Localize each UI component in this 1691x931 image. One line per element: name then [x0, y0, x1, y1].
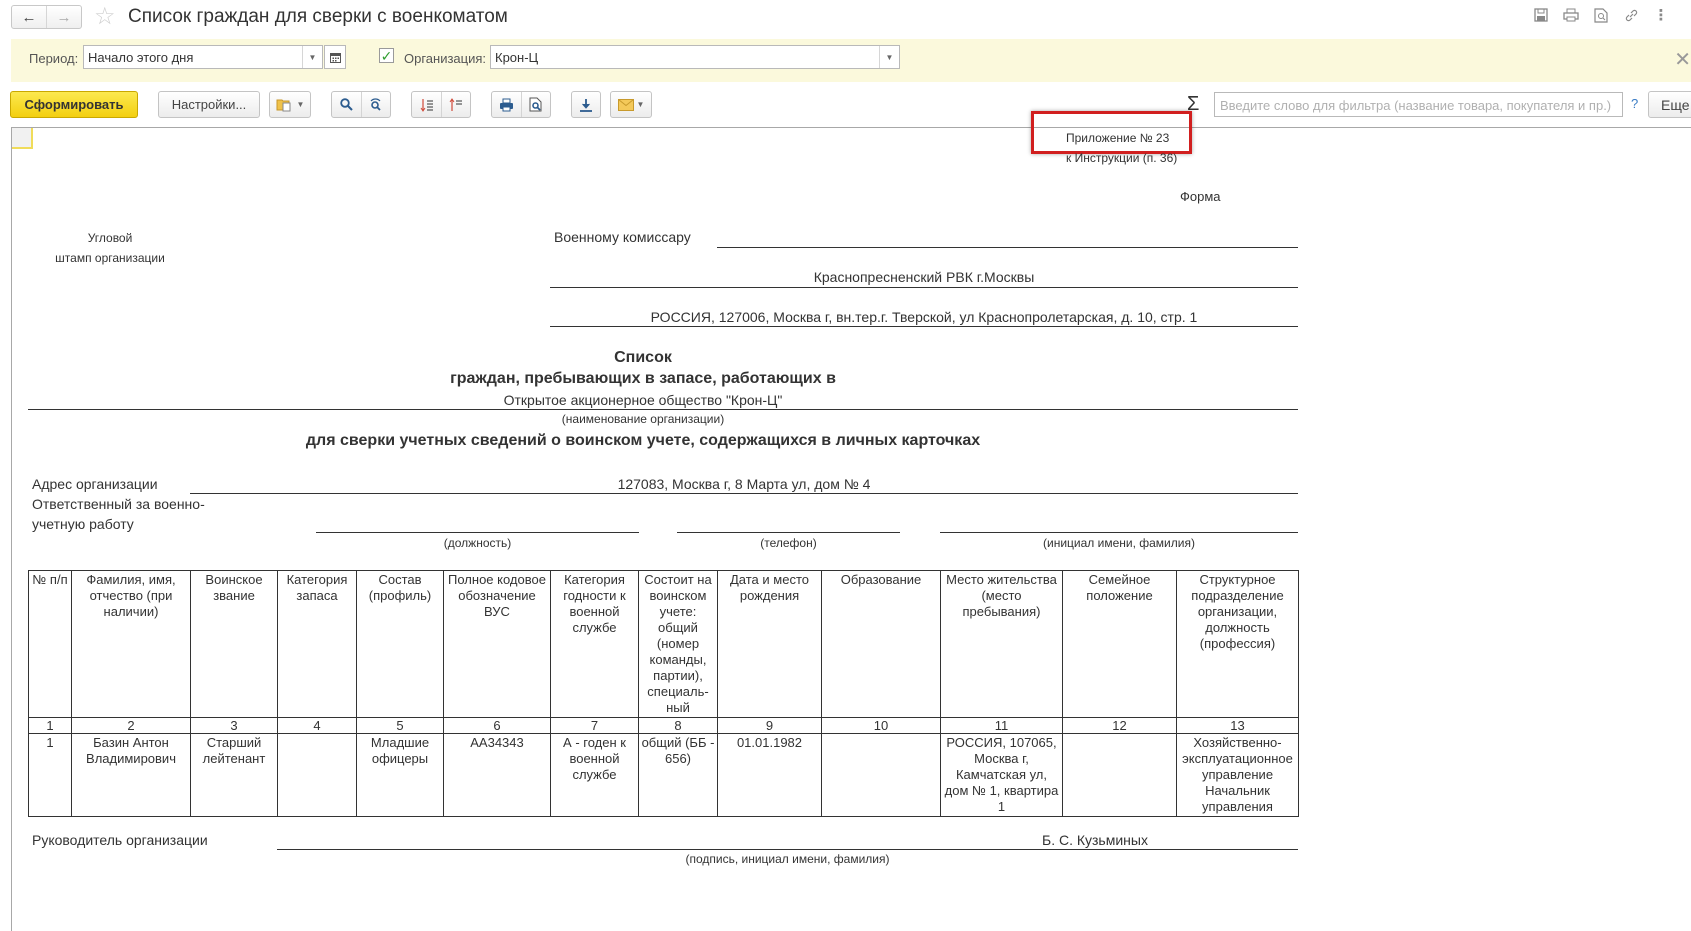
name-caption: (инициал имени, фамилия) — [940, 536, 1298, 550]
column-header: № п/п — [29, 571, 72, 718]
column-header: Дата и место рождения — [718, 571, 822, 718]
generate-button[interactable]: Сформировать — [10, 91, 138, 118]
commissar-label: Военному комиссару — [554, 229, 691, 245]
forward-button[interactable]: → — [46, 6, 81, 28]
settings-button[interactable]: Настройки... — [158, 91, 260, 118]
organization-caption: (наименование организации) — [28, 412, 1258, 426]
address-value: 127083, Москва г, 8 Марта ул, дом № 4 — [190, 476, 1298, 492]
back-button[interactable]: ← — [12, 6, 46, 28]
instruction-label: к Инструкции (п. 36) — [1066, 151, 1177, 165]
column-number: 9 — [718, 718, 822, 734]
star-icon[interactable]: ☆ — [94, 2, 116, 31]
print-button[interactable] — [492, 92, 521, 117]
column-number: 8 — [639, 718, 718, 734]
table-cell: 1 — [29, 734, 72, 817]
report-title-3: для сверки учетных сведений о воинском у… — [28, 432, 1258, 450]
chevron-down-icon: ▼ — [297, 100, 305, 109]
period-value: Начало этого дня — [88, 50, 193, 65]
collapse-all-icon — [449, 98, 463, 112]
table-cell: Базин Антон Владимирович — [72, 734, 191, 817]
calendar-button[interactable] — [324, 45, 346, 69]
chevron-down-icon: ▼ — [637, 100, 645, 109]
filter-search-input[interactable]: Введите слово для фильтра (название това… — [1214, 92, 1623, 117]
name-line — [940, 532, 1298, 533]
column-number: 11 — [941, 718, 1063, 734]
window-title: Список граждан для сверки с военкоматом — [128, 6, 508, 28]
find-next-button[interactable] — [361, 92, 390, 117]
expand-all-icon — [420, 98, 434, 112]
report-title-1: Список — [28, 349, 1258, 367]
printer-icon — [499, 98, 514, 112]
column-number: 12 — [1063, 718, 1177, 734]
head-caption: (подпись, инициал имени, фамилия) — [277, 852, 1298, 866]
collapse-groups-button[interactable] — [441, 92, 470, 117]
phone-caption: (телефон) — [677, 536, 900, 550]
table-cell: РОССИЯ, 107065, Москва г, Камчатская ул,… — [941, 734, 1063, 817]
organization-dropdown-button[interactable]: ▼ — [879, 46, 899, 68]
rvk-address: РОССИЯ, 127006, Москва г, вн.тер.г. Твер… — [550, 309, 1298, 325]
column-number: 3 — [191, 718, 278, 734]
organization-label: Организация: — [404, 51, 486, 66]
responsible-label-1: Ответственный за военно- — [32, 496, 205, 512]
appendix-label: Приложение № 23 — [1066, 131, 1169, 145]
column-header: Категория запаса — [278, 571, 357, 718]
address-line — [190, 493, 1298, 494]
search-icon — [340, 98, 353, 111]
table-row: 1Базин Антон ВладимировичСтарший лейтена… — [29, 734, 1299, 817]
column-header: Фамилия, имя, отчество (при наличии) — [72, 571, 191, 718]
checkmark-icon: ✓ — [381, 49, 393, 63]
preview-icon[interactable] — [1593, 6, 1609, 24]
commissar-line — [717, 247, 1298, 248]
period-dropdown-button[interactable]: ▼ — [302, 46, 322, 68]
save-icon[interactable] — [1533, 6, 1549, 24]
address-label: Адрес организации — [32, 476, 158, 492]
head-label: Руководитель организации — [32, 832, 208, 848]
table-cell: А - годен к военной службе — [551, 734, 639, 817]
column-number: 10 — [822, 718, 941, 734]
save-to-file-button[interactable] — [571, 91, 601, 118]
table-cell — [822, 734, 941, 817]
position-line — [316, 532, 639, 533]
form-label: Форма — [1180, 189, 1221, 204]
period-field[interactable]: Начало этого дня ▼ — [83, 45, 323, 69]
column-header: Состав (профиль) — [357, 571, 444, 718]
responsible-label-2: учетную работу — [32, 516, 134, 532]
link-icon[interactable] — [1623, 6, 1639, 24]
close-panel-icon[interactable]: ✕ — [1674, 47, 1691, 72]
arrow-left-icon: ← — [22, 9, 37, 26]
variants-button[interactable]: ▼ — [269, 91, 311, 118]
calendar-icon — [330, 52, 341, 63]
column-header: Место жительства (место пребывания) — [941, 571, 1063, 718]
table-cell: Старший лейтенант — [191, 734, 278, 817]
find-button[interactable] — [332, 92, 361, 117]
column-header: Воинское звание — [191, 571, 278, 718]
organization-line — [28, 409, 1298, 410]
head-name: Б. С. Кузьминых — [1042, 832, 1148, 848]
table-cell: Младшие офицеры — [357, 734, 444, 817]
stamp-line-2: штамп организации — [40, 251, 180, 265]
expand-groups-button[interactable] — [412, 92, 441, 117]
column-number: 6 — [444, 718, 551, 734]
organization-checkbox[interactable]: ✓ — [379, 48, 394, 63]
download-icon — [579, 98, 593, 112]
organization-field[interactable]: Крон-Ц ▼ — [490, 45, 900, 69]
navigation-buttons: ← → — [11, 5, 82, 29]
rvk-address-line — [550, 326, 1298, 327]
table-cell: АА34343 — [444, 734, 551, 817]
period-label: Период: — [29, 51, 78, 66]
column-number: 7 — [551, 718, 639, 734]
send-email-button[interactable]: ▼ — [610, 91, 652, 118]
more-vertical-icon[interactable]: ⋮ — [1653, 6, 1669, 24]
column-number: 4 — [278, 718, 357, 734]
search-refresh-icon — [369, 98, 383, 112]
report-variants-icon — [276, 97, 294, 112]
selected-cell[interactable] — [12, 128, 33, 149]
column-number-row: 12345678910111213 — [29, 718, 1299, 734]
arrow-right-icon: → — [57, 9, 72, 26]
group-toggle-group — [411, 91, 471, 118]
table-cell — [1063, 734, 1177, 817]
rvk-line — [550, 287, 1298, 288]
rvk-name: Краснопресненский РВК г.Москвы — [550, 269, 1298, 285]
chevron-down-icon: ▼ — [309, 53, 317, 62]
table-cell: Хозяйственно-эксплуатационное управление… — [1177, 734, 1299, 817]
print-icon[interactable] — [1563, 6, 1579, 24]
column-number: 2 — [72, 718, 191, 734]
column-header: Состоит на воинском учете: общий (номер … — [639, 571, 718, 718]
column-number: 1 — [29, 718, 72, 734]
filter-panel: Период: Начало этого дня ▼ ✓ Организация… — [11, 39, 1691, 82]
organization-name: Открытое акционерное общество "Крон-Ц" — [28, 392, 1258, 408]
print-group — [491, 91, 551, 118]
table-cell — [278, 734, 357, 817]
organization-value: Крон-Ц — [495, 50, 538, 65]
table-cell: общий (ББ - 656) — [639, 734, 718, 817]
chevron-down-icon: ▼ — [886, 53, 894, 62]
citizens-table: № п/пФамилия, имя, отчество (при наличии… — [28, 570, 1299, 817]
phone-line — [677, 532, 900, 533]
column-header: Образование — [822, 571, 941, 718]
title-actions: ⋮ — [1533, 6, 1669, 24]
report-title-2: граждан, пребывающих в запасе, работающи… — [28, 370, 1258, 388]
table-cell: 01.01.1982 — [718, 734, 822, 817]
table-header-row: № п/пФамилия, имя, отчество (при наличии… — [29, 571, 1299, 718]
column-header: Категория годности к военной службе — [551, 571, 639, 718]
print-preview-icon — [529, 97, 543, 112]
more-button[interactable]: Еще — [1648, 91, 1691, 118]
print-preview-button[interactable] — [521, 92, 550, 117]
help-icon[interactable]: ? — [1631, 96, 1638, 111]
column-header: Семейное положение — [1063, 571, 1177, 718]
column-number: 13 — [1177, 718, 1299, 734]
head-signature-line — [277, 849, 1298, 850]
envelope-icon — [618, 99, 634, 111]
column-header: Структурное подразделение организации, д… — [1177, 571, 1299, 718]
column-number: 5 — [357, 718, 444, 734]
search-group — [331, 91, 391, 118]
column-header: Полное кодовое обозначение ВУС — [444, 571, 551, 718]
position-caption: (должность) — [316, 536, 639, 550]
stamp-line-1: Угловой — [40, 231, 180, 245]
